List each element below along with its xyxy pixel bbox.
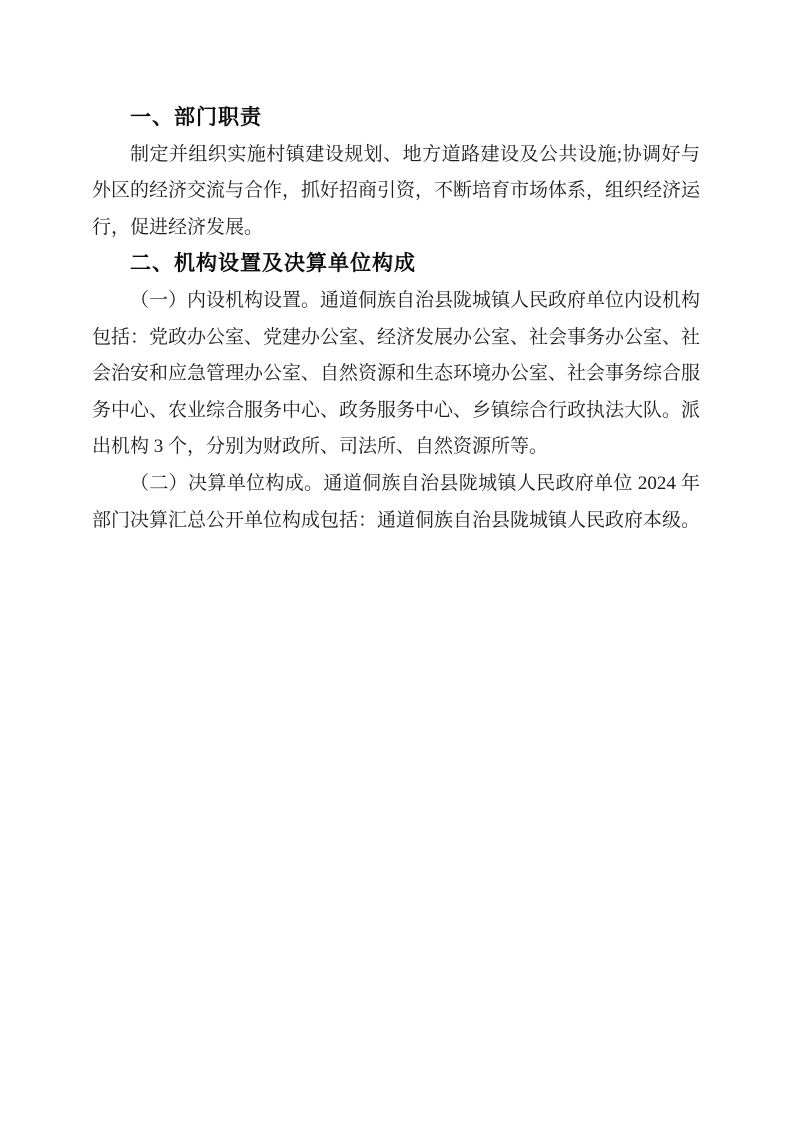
section-2-paragraph-1-line-1: （一）内设机构设置。通道侗族自治县陇城镇人民政府单位内设机构 bbox=[92, 283, 700, 320]
section-1-heading: 一、部门职责 bbox=[92, 100, 700, 137]
document-content: 一、部门职责 制定并组织实施村镇建设规划、地方道路建设及公共设施;协调好与 外区… bbox=[92, 100, 700, 539]
section-2-paragraph-1-line-4: 务中心、农业综合服务中心、政务服务中心、乡镇综合行政执法大队。派 bbox=[92, 393, 700, 430]
section-2-paragraph-1-line-2: 包括：党政办公室、党建办公室、经济发展办公室、社会事务办公室、社 bbox=[92, 320, 700, 357]
section-2-paragraph-2-line-1: （二）决算单位构成。通道侗族自治县陇城镇人民政府单位 2024 年 bbox=[92, 466, 700, 503]
section-1-paragraph-1-line-3: 行，促进经济发展。 bbox=[92, 210, 700, 247]
section-2-paragraph-1-line-3: 会治安和应急管理办公室、自然资源和生态环境办公室、社会事务综合服 bbox=[92, 356, 700, 393]
section-2-heading: 二、机构设置及决算单位构成 bbox=[92, 246, 700, 283]
section-1-paragraph-1-line-2: 外区的经济交流与合作，抓好招商引资，不断培育市场体系，组织经济运 bbox=[92, 173, 700, 210]
document-page: 一、部门职责 制定并组织实施村镇建设规划、地方道路建设及公共设施;协调好与 外区… bbox=[0, 0, 793, 1122]
section-2-paragraph-1-line-5: 出机构 3 个，分别为财政所、司法所、自然资源所等。 bbox=[92, 429, 700, 466]
section-1-paragraph-1-line-1: 制定并组织实施村镇建设规划、地方道路建设及公共设施;协调好与 bbox=[92, 137, 700, 174]
section-2-paragraph-2-line-2: 部门决算汇总公开单位构成包括：通道侗族自治县陇城镇人民政府本级。 bbox=[92, 503, 700, 540]
